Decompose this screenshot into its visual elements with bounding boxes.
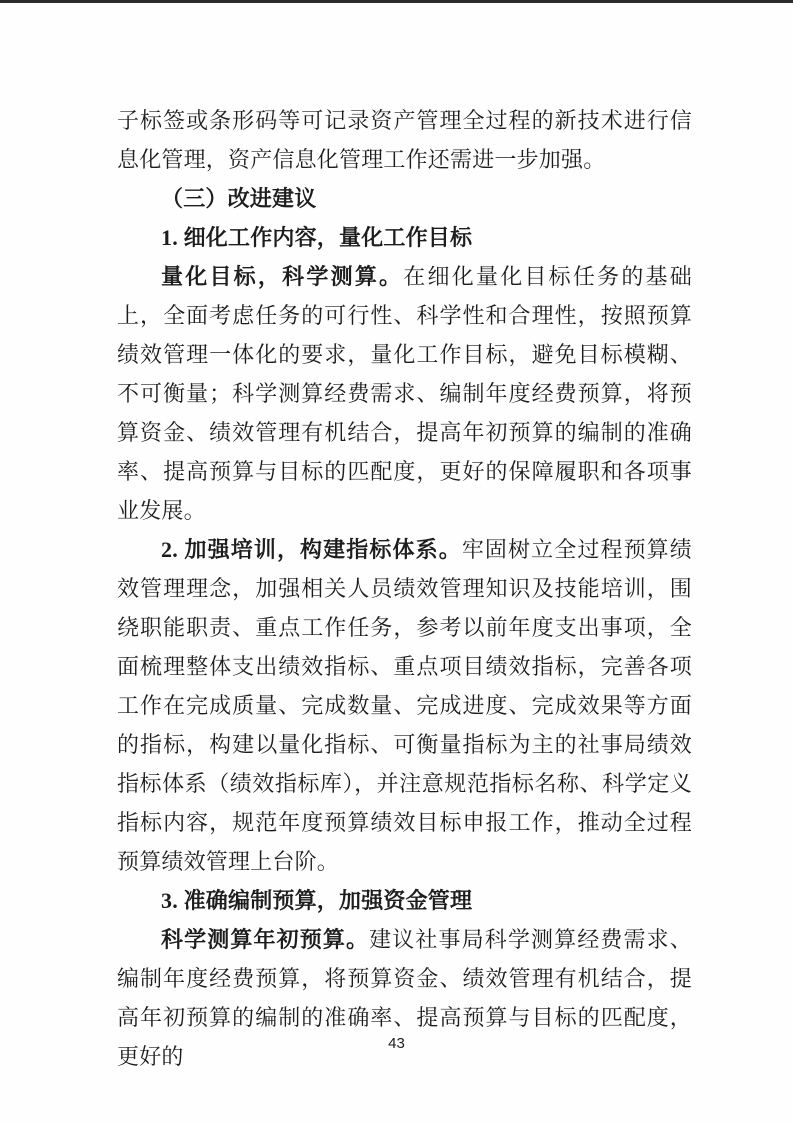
subsection-heading-1: 1. 细化工作内容，量化工作目标 bbox=[117, 218, 692, 257]
page-number: 43 bbox=[0, 1034, 793, 1054]
section-heading: （三）改进建议 bbox=[117, 179, 692, 218]
document-body: 子标签或条形码等可记录资产管理全过程的新技术进行信息化管理，资产信息化管理工作还… bbox=[117, 101, 692, 1076]
body-paragraph-continuation: 子标签或条形码等可记录资产管理全过程的新技术进行信息化管理，资产信息化管理工作还… bbox=[117, 101, 692, 179]
body-paragraph-2: 2. 加强培训，构建指标体系。牢固树立全过程预算绩效管理理念，加强相关人员绩效管… bbox=[117, 530, 692, 881]
paragraph-1-text: 在细化量化目标任务的基础上，全面考虑任务的可行性、科学性和合理性，按照预算绩效管… bbox=[117, 264, 692, 523]
paragraph-2-bold-lead: 2. 加强培训，构建指标体系。 bbox=[161, 537, 462, 562]
subsection-heading-3: 3. 准确编制预算，加强资金管理 bbox=[117, 881, 692, 920]
paragraph-1-bold-lead: 量化目标，科学测算。 bbox=[161, 264, 403, 289]
paragraph-2-text: 牢固树立全过程预算绩效管理理念，加强相关人员绩效管理知识及技能培训，围绕职能职责… bbox=[117, 537, 692, 874]
body-paragraph-1: 量化目标，科学测算。在细化量化目标任务的基础上，全面考虑任务的可行性、科学性和合… bbox=[117, 257, 692, 530]
scan-edge-artifact bbox=[0, 0, 793, 3]
paragraph-3-bold-lead: 科学测算年初预算。 bbox=[161, 927, 369, 952]
document-page: 子标签或条形码等可记录资产管理全过程的新技术进行信息化管理，资产信息化管理工作还… bbox=[0, 0, 793, 1122]
